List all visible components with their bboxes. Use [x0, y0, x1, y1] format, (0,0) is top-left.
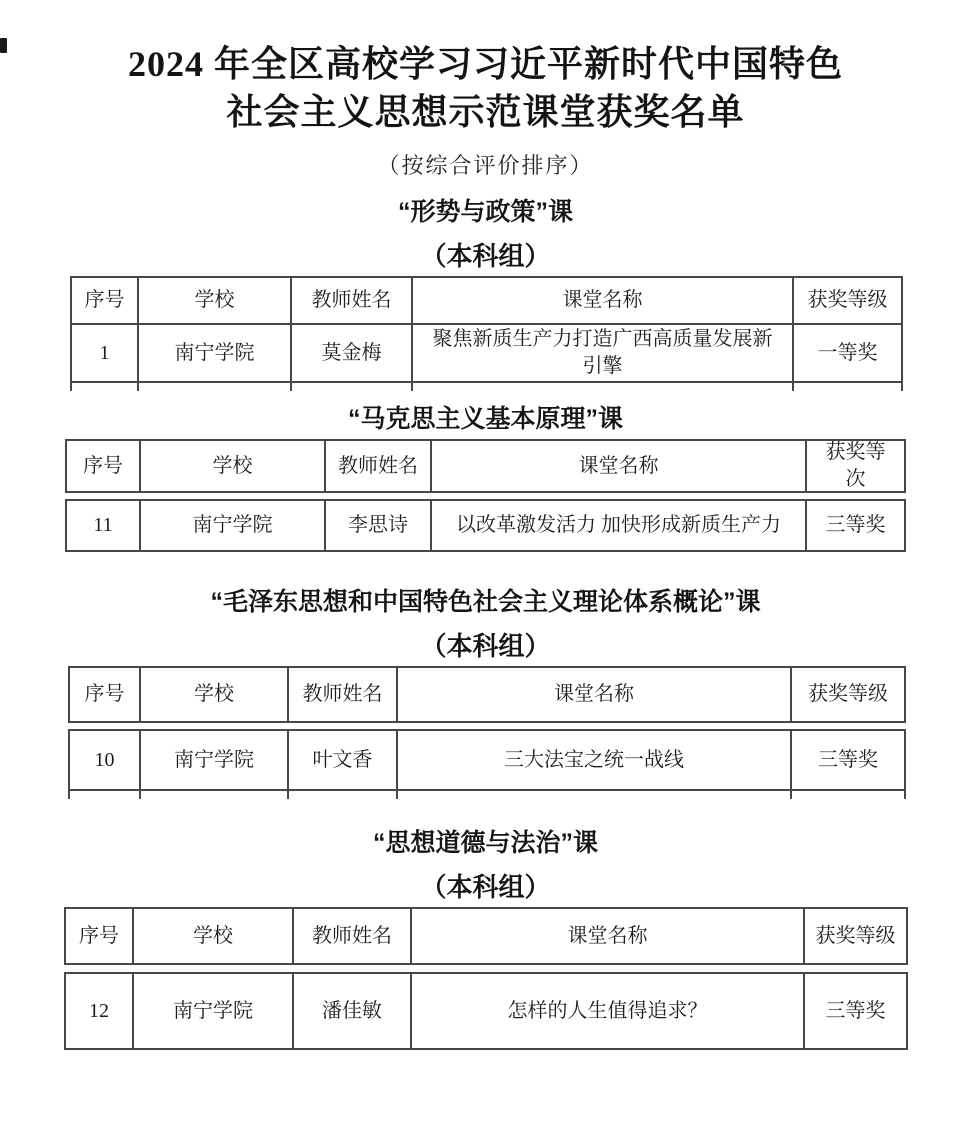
header-cell-class-name: 课堂名称	[411, 278, 792, 323]
header-cell-award-level: 获奖等级	[790, 668, 904, 721]
document-page: 2024 年全区高校学习习近平新时代中国特色 社会主义思想示范课堂获奖名单 （按…	[0, 0, 971, 1146]
header-cell-teacher: 教师姓名	[292, 909, 410, 963]
header-cell-teacher: 教师姓名	[324, 441, 430, 491]
award-table-marxism-principles: 序号 学校 教师姓名 课堂名称 获奖等次 11 南宁学院 李思诗 以改革激发活力…	[65, 439, 906, 552]
cell-index: 1	[72, 325, 137, 381]
table-header-block: 序号 学校 教师姓名 课堂名称 获奖等级	[64, 907, 908, 965]
header-cell-index: 序号	[70, 668, 139, 721]
cell-award-level: 一等奖	[792, 325, 901, 381]
cell-teacher: 潘佳敏	[292, 974, 410, 1048]
cell-index: 11	[67, 501, 139, 550]
sort-note: （按综合评价排序）	[0, 152, 971, 180]
group-label-undergraduate: （本科组）	[0, 871, 971, 903]
cell-class-name: 以改革激发活力 加快形成新质生产力	[430, 501, 805, 550]
header-cell-index: 序号	[66, 909, 132, 963]
table-data-row: 1 南宁学院 莫金梅 聚焦新质生产力打造广西高质量发展新引擎 一等奖	[72, 323, 901, 381]
table-header-row: 序号 学校 教师姓名 课堂名称 获奖等级	[70, 668, 904, 721]
cell-class-name: 怎样的人生值得追求？	[410, 974, 803, 1048]
table-header-block: 序号 学校 教师姓名 课堂名称 获奖等次	[65, 439, 906, 493]
section-heading-situation-policy: “形势与政策”课	[0, 196, 971, 228]
table-data-row: 11 南宁学院 李思诗 以改革激发活力 加快形成新质生产力 三等奖	[67, 501, 904, 550]
cropped-next-row-sliver	[70, 383, 903, 391]
cell-school: 南宁学院	[139, 731, 287, 789]
header-cell-teacher: 教师姓名	[290, 278, 411, 323]
table-header-row: 序号 学校 教师姓名 课堂名称 获奖等级	[66, 909, 906, 963]
table-header-row: 序号 学校 教师姓名 课堂名称 获奖等次	[67, 441, 904, 491]
cell-award-level: 三等奖	[803, 974, 906, 1048]
table-header-row: 序号 学校 教师姓名 课堂名称 获奖等级	[72, 278, 901, 323]
award-table-mao-theory: 序号 学校 教师姓名 课堂名称 获奖等级 10 南宁学院 叶文香 三大法宝之统一…	[68, 666, 906, 799]
cell-teacher: 莫金梅	[290, 325, 411, 381]
cell-teacher: 叶文香	[287, 731, 396, 789]
group-label-undergraduate: （本科组）	[0, 240, 971, 272]
scan-smudge-artifact	[0, 38, 7, 53]
cell-school: 南宁学院	[137, 325, 290, 381]
header-cell-award-level: 获奖等次	[805, 441, 904, 491]
header-cell-school: 学校	[139, 668, 287, 721]
table-data-row: 10 南宁学院 叶文香 三大法宝之统一战线 三等奖	[70, 731, 904, 789]
header-cell-index: 序号	[67, 441, 139, 491]
group-label-undergraduate: （本科组）	[0, 630, 971, 662]
award-table-morality-law: 序号 学校 教师姓名 课堂名称 获奖等级 12 南宁学院 潘佳敏 怎样的人生值得…	[64, 907, 908, 1050]
header-cell-class-name: 课堂名称	[410, 909, 803, 963]
section-heading-marxism-principles: “马克思主义基本原理”课	[0, 403, 971, 435]
cell-teacher: 李思诗	[324, 501, 430, 550]
cell-school: 南宁学院	[132, 974, 292, 1048]
table-data-block: 11 南宁学院 李思诗 以改革激发活力 加快形成新质生产力 三等奖	[65, 499, 906, 552]
header-cell-school: 学校	[139, 441, 324, 491]
table-block: 序号 学校 教师姓名 课堂名称 获奖等级 1 南宁学院 莫金梅 聚焦新质生产力打…	[70, 276, 903, 383]
cropped-next-row-sliver	[68, 791, 906, 799]
cell-class-name: 聚焦新质生产力打造广西高质量发展新引擎	[411, 325, 792, 381]
table-data-block: 12 南宁学院 潘佳敏 怎样的人生值得追求？ 三等奖	[64, 972, 908, 1050]
section-heading-morality-law: “思想道德与法治”课	[0, 827, 971, 859]
cell-award-level: 三等奖	[790, 731, 904, 789]
section-heading-mao-theory: “毛泽东思想和中国特色社会主义理论体系概论”课	[0, 586, 971, 618]
table-data-row: 12 南宁学院 潘佳敏 怎样的人生值得追求？ 三等奖	[66, 974, 906, 1048]
cell-class-name: 三大法宝之统一战线	[396, 731, 790, 789]
header-cell-award-level: 获奖等级	[803, 909, 906, 963]
page-title-line2: 社会主义思想示范课堂获奖名单	[0, 88, 971, 136]
header-cell-class-name: 课堂名称	[396, 668, 790, 721]
table-header-block: 序号 学校 教师姓名 课堂名称 获奖等级	[68, 666, 906, 723]
page-title-line1: 2024 年全区高校学习习近平新时代中国特色	[0, 40, 971, 88]
header-cell-award-level: 获奖等级	[792, 278, 901, 323]
cell-index: 10	[70, 731, 139, 789]
cell-school: 南宁学院	[139, 501, 324, 550]
table-data-block: 10 南宁学院 叶文香 三大法宝之统一战线 三等奖	[68, 729, 906, 791]
header-cell-index: 序号	[72, 278, 137, 323]
header-cell-teacher: 教师姓名	[287, 668, 396, 721]
header-cell-school: 学校	[132, 909, 292, 963]
cell-award-level: 三等奖	[805, 501, 904, 550]
header-cell-class-name: 课堂名称	[430, 441, 805, 491]
header-cell-school: 学校	[137, 278, 290, 323]
cell-index: 12	[66, 974, 132, 1048]
award-table-situation-policy: 序号 学校 教师姓名 课堂名称 获奖等级 1 南宁学院 莫金梅 聚焦新质生产力打…	[70, 276, 903, 391]
